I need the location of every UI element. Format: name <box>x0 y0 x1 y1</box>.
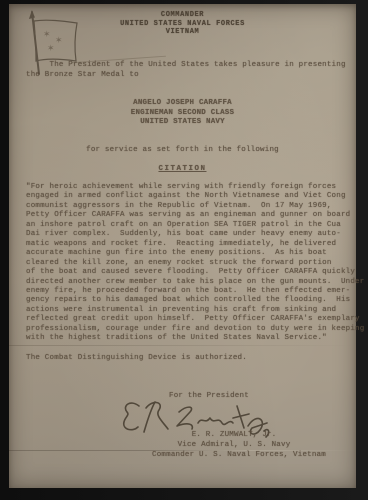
document-page: ✶ ✶ ✶ COMMANDER UNITED STATES NAVAL FORC… <box>9 4 356 488</box>
service-line: for service as set forth in the followin… <box>9 146 356 154</box>
recipient-name: ANGELO JOSEPH CARAFFA <box>9 99 356 109</box>
photo-background: ✶ ✶ ✶ COMMANDER UNITED STATES NAVAL FORC… <box>0 0 368 500</box>
letterhead: COMMANDER UNITED STATES NAVAL FORCES VIE… <box>9 11 356 37</box>
recipient-service: UNITED STATES NAVY <box>9 118 356 128</box>
citation-heading: CITATION <box>9 165 356 173</box>
letterhead-vietnam: VIETNAM <box>9 28 356 37</box>
recipient-block: ANGELO JOSEPH CARAFFA ENGINEMAN SECOND C… <box>9 99 356 128</box>
signer-title: Commander U. S. Naval Forces, Vietnam <box>124 451 354 459</box>
citation-body: "For heroic achievement while serving wi… <box>26 183 364 344</box>
letterhead-commander: COMMANDER <box>9 11 356 20</box>
signer-rank: Vice Admiral, U. S. Navy <box>134 441 334 449</box>
recipient-rating: ENGINEMAN SECOND CLASS <box>9 109 356 119</box>
paper-crease-upper <box>9 345 356 346</box>
presentation-paragraph: The President of the United States takes… <box>26 61 346 80</box>
combat-device-line: The Combat Distinguishing Device is auth… <box>26 354 247 362</box>
signer-name: E. R. ZUMWALT, Jr. <box>134 431 334 439</box>
letterhead-forces: UNITED STATES NAVAL FORCES <box>9 20 356 29</box>
svg-text:✶: ✶ <box>55 36 63 46</box>
svg-text:✶: ✶ <box>47 44 55 54</box>
